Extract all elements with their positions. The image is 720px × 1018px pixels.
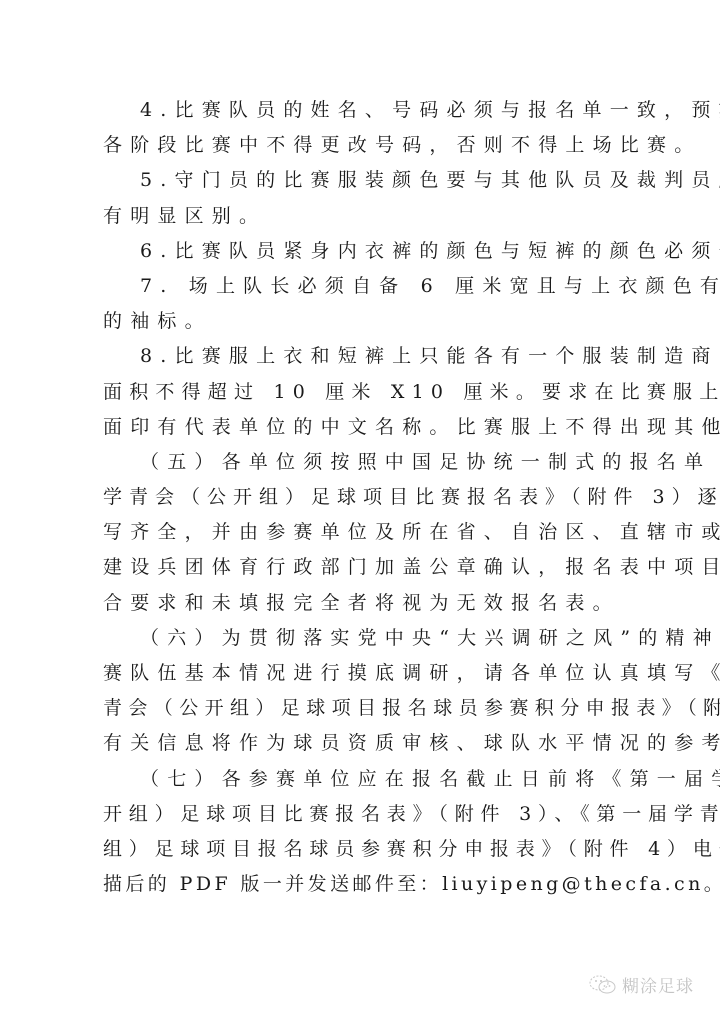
document-page: 4.比赛队员的姓名、号码必须与报名单一致，预赛和决赛 各阶段比赛中不得更改号码，… bbox=[103, 93, 623, 902]
rule-6-paragraph: 6.比赛队员紧身内衣裤的颜色与短裤的颜色必须一致。 bbox=[103, 234, 623, 269]
text-line: 面印有代表单位的中文名称。比赛服上不得出现其他标识。 bbox=[103, 410, 623, 445]
text-line: 有明显区别。 bbox=[103, 199, 623, 234]
text-line: （五）各单位须按照中国足协统一制式的报名单《第一届 bbox=[103, 445, 623, 480]
text-line: 描后的 PDF 版一并发送邮件至：liuyipeng@thecfa.cn。 bbox=[103, 867, 623, 902]
text-line: （六）为贯彻落实党中央“大兴调研之风”的精神，对各参 bbox=[103, 621, 623, 656]
text-line: 7. 场上队长必须自备 6 厘米宽且与上衣颜色有明显区别 bbox=[103, 269, 623, 304]
section-7-paragraph: （七）各参赛单位应在报名截止日前将《第一届学青会（公 开组）足球项目比赛报名表》… bbox=[103, 762, 623, 903]
text-line: 4.比赛队员的姓名、号码必须与报名单一致，预赛和决赛 bbox=[103, 93, 623, 128]
rule-8-paragraph: 8.比赛服上衣和短裤上只能各有一个服装制造商的标识， 面积不得超过 10 厘米 … bbox=[103, 339, 623, 445]
text-line: 6.比赛队员紧身内衣裤的颜色与短裤的颜色必须一致。 bbox=[103, 234, 623, 269]
section-5-paragraph: （五）各单位须按照中国足协统一制式的报名单《第一届 学青会（公开组）足球项目比赛… bbox=[103, 445, 623, 621]
watermark-text: 糊涂足球 bbox=[622, 972, 694, 997]
text-line: （七）各参赛单位应在报名截止日前将《第一届学青会（公 bbox=[103, 762, 623, 797]
text-line: 的袖标。 bbox=[103, 304, 623, 339]
text-line: 赛队伍基本情况进行摸底调研，请各单位认真填写《第一届学 bbox=[103, 656, 623, 691]
text-line: 各阶段比赛中不得更改号码，否则不得上场比赛。 bbox=[103, 128, 623, 163]
wechat-icon bbox=[588, 974, 618, 996]
section-6-paragraph: （六）为贯彻落实党中央“大兴调研之风”的精神，对各参 赛队伍基本情况进行摸底调研… bbox=[103, 621, 623, 762]
watermark: 糊涂足球 bbox=[588, 972, 694, 997]
text-line: 8.比赛服上衣和短裤上只能各有一个服装制造商的标识， bbox=[103, 339, 623, 374]
text-line: 面积不得超过 10 厘米 X10 厘米。要求在比赛服上衣前面或后 bbox=[103, 375, 623, 410]
text-line: 学青会（公开组）足球项目比赛报名表》（附件 3）逐项认真填 bbox=[103, 480, 623, 515]
text-line: 组）足球项目报名球员参赛积分申报表》（附件 4）电子版和扫 bbox=[103, 832, 623, 867]
rule-4-paragraph: 4.比赛队员的姓名、号码必须与报名单一致，预赛和决赛 各阶段比赛中不得更改号码，… bbox=[103, 93, 623, 163]
rule-5-paragraph: 5.守门员的比赛服装颜色要与其他队员及裁判员服装颜色 有明显区别。 bbox=[103, 163, 623, 233]
text-line: 合要求和未填报完全者将视为无效报名表。 bbox=[103, 586, 623, 621]
rule-7-paragraph: 7. 场上队长必须自备 6 厘米宽且与上衣颜色有明显区别 的袖标。 bbox=[103, 269, 623, 339]
text-line: 青会（公开组）足球项目报名球员参赛积分申报表》（附件 4）， bbox=[103, 691, 623, 726]
text-line: 写齐全，并由参赛单位及所在省、自治区、直辖市或新疆生产 bbox=[103, 515, 623, 550]
text-line: 建设兵团体育行政部门加盖公章确认，报名表中项目填报不符 bbox=[103, 550, 623, 585]
text-line: 开组）足球项目比赛报名表》（附件 3）、《第一届学青会（公开 bbox=[103, 797, 623, 832]
text-line: 有关信息将作为球员资质审核、球队水平情况的参考。 bbox=[103, 726, 623, 761]
text-line: 5.守门员的比赛服装颜色要与其他队员及裁判员服装颜色 bbox=[103, 163, 623, 198]
